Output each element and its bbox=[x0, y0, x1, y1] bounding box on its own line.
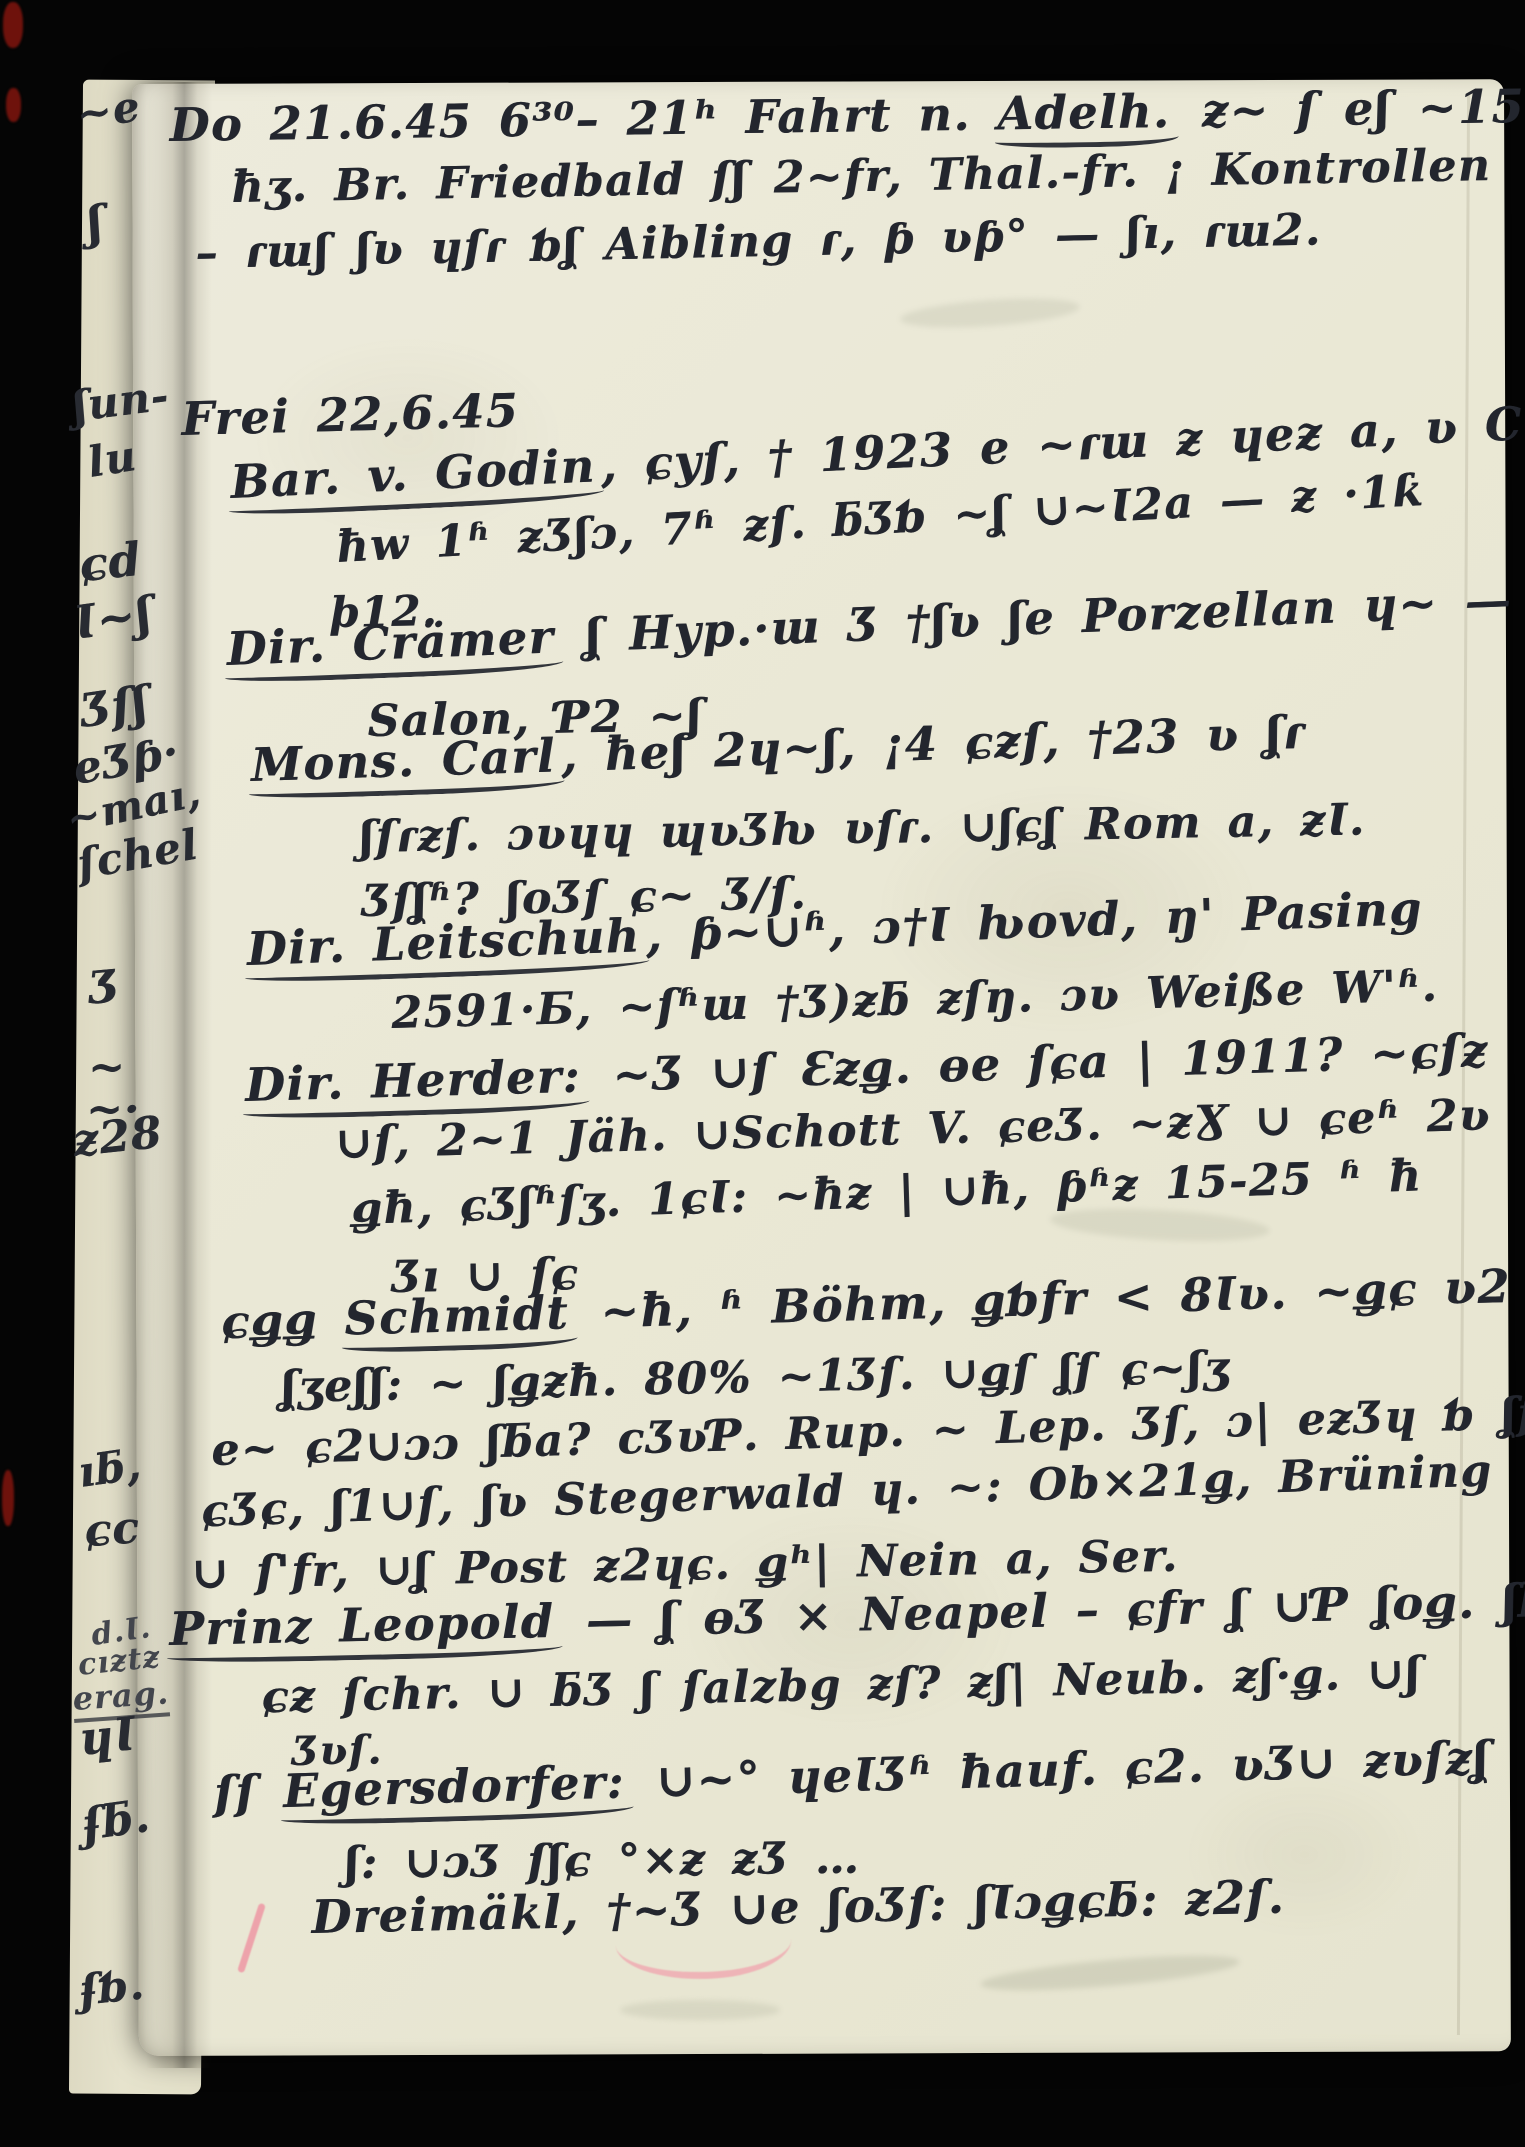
bleedthrough-stain bbox=[620, 2000, 780, 2020]
fragment-text: ɕc bbox=[82, 1502, 141, 1557]
line-text: Do 21.6.45 6³⁰– 21ʰ Fahrt n. bbox=[169, 86, 998, 152]
margin-fragment: ƶ28 bbox=[71, 1107, 165, 1167]
underlined-name: Adelh. bbox=[994, 84, 1179, 149]
margin-fragment: ~e bbox=[73, 82, 143, 139]
underlined-name: Dir. Crämer bbox=[223, 609, 564, 684]
fragment-text: ʒ bbox=[85, 950, 117, 1006]
margin-fragment: ıƃ, bbox=[75, 1440, 144, 1497]
fragment-text: lu bbox=[84, 431, 140, 487]
line-text: ƶ~ ſ eʃ ~15ʰ ɕɾ bbox=[1175, 78, 1525, 138]
heading-frei-22-6-45: Frei 22,6.45 bbox=[181, 383, 520, 446]
fragment-text: ıƃ, bbox=[75, 1440, 144, 1497]
margin-fragment: ɥƖ bbox=[76, 1706, 138, 1766]
margin-fragment: ɕd bbox=[76, 532, 143, 592]
underlined-name: Prinz Leopold bbox=[166, 1594, 563, 1664]
underlined-name: Egersdorfer: bbox=[279, 1754, 634, 1826]
fragment-text: ~e bbox=[73, 82, 143, 139]
fragment-text: ƶ28 bbox=[71, 1107, 165, 1167]
margin-fragment: ɕc bbox=[82, 1502, 141, 1557]
margin-fragment: Ɩ~ʃ bbox=[70, 586, 155, 650]
margin-fragment: ʄƅ. bbox=[77, 1959, 147, 2015]
red-scan-speck bbox=[3, 2, 23, 48]
fragment-text: Ʒſʃ bbox=[76, 675, 151, 738]
margin-fragment: lu bbox=[84, 431, 140, 487]
fragment-text: ɕd bbox=[76, 532, 143, 592]
red-scan-speck bbox=[2, 1470, 14, 1526]
fragment-text: ʄƃ. bbox=[79, 1791, 153, 1851]
line-text: ſſ bbox=[213, 1764, 284, 1820]
underlined-name: Schmidt bbox=[341, 1285, 578, 1354]
scanned-diary-screenshot: Do 21.6.45 6³⁰– 21ʰ Fahrt n. Adelh. ƶ~ ſ… bbox=[0, 0, 1525, 2147]
line-text: Frei 22,6.45 bbox=[181, 383, 520, 446]
fragment-text: Ɩ~ʃ bbox=[70, 586, 155, 650]
underlined-name: Mons. Carl bbox=[247, 728, 565, 800]
margin-fragment: ʄƃ. bbox=[79, 1791, 153, 1851]
fragment-text: ʄƅ. bbox=[77, 1959, 147, 2015]
fragment-text: ɥƖ bbox=[76, 1706, 138, 1766]
red-scan-speck bbox=[6, 88, 21, 122]
line-text: ɕǥǥ bbox=[220, 1292, 345, 1349]
underlined-name: Dir. Herder: bbox=[241, 1048, 590, 1120]
margin-fragment: Ʒſʃ bbox=[76, 675, 151, 738]
margin-fragment: ʒ bbox=[85, 950, 117, 1006]
